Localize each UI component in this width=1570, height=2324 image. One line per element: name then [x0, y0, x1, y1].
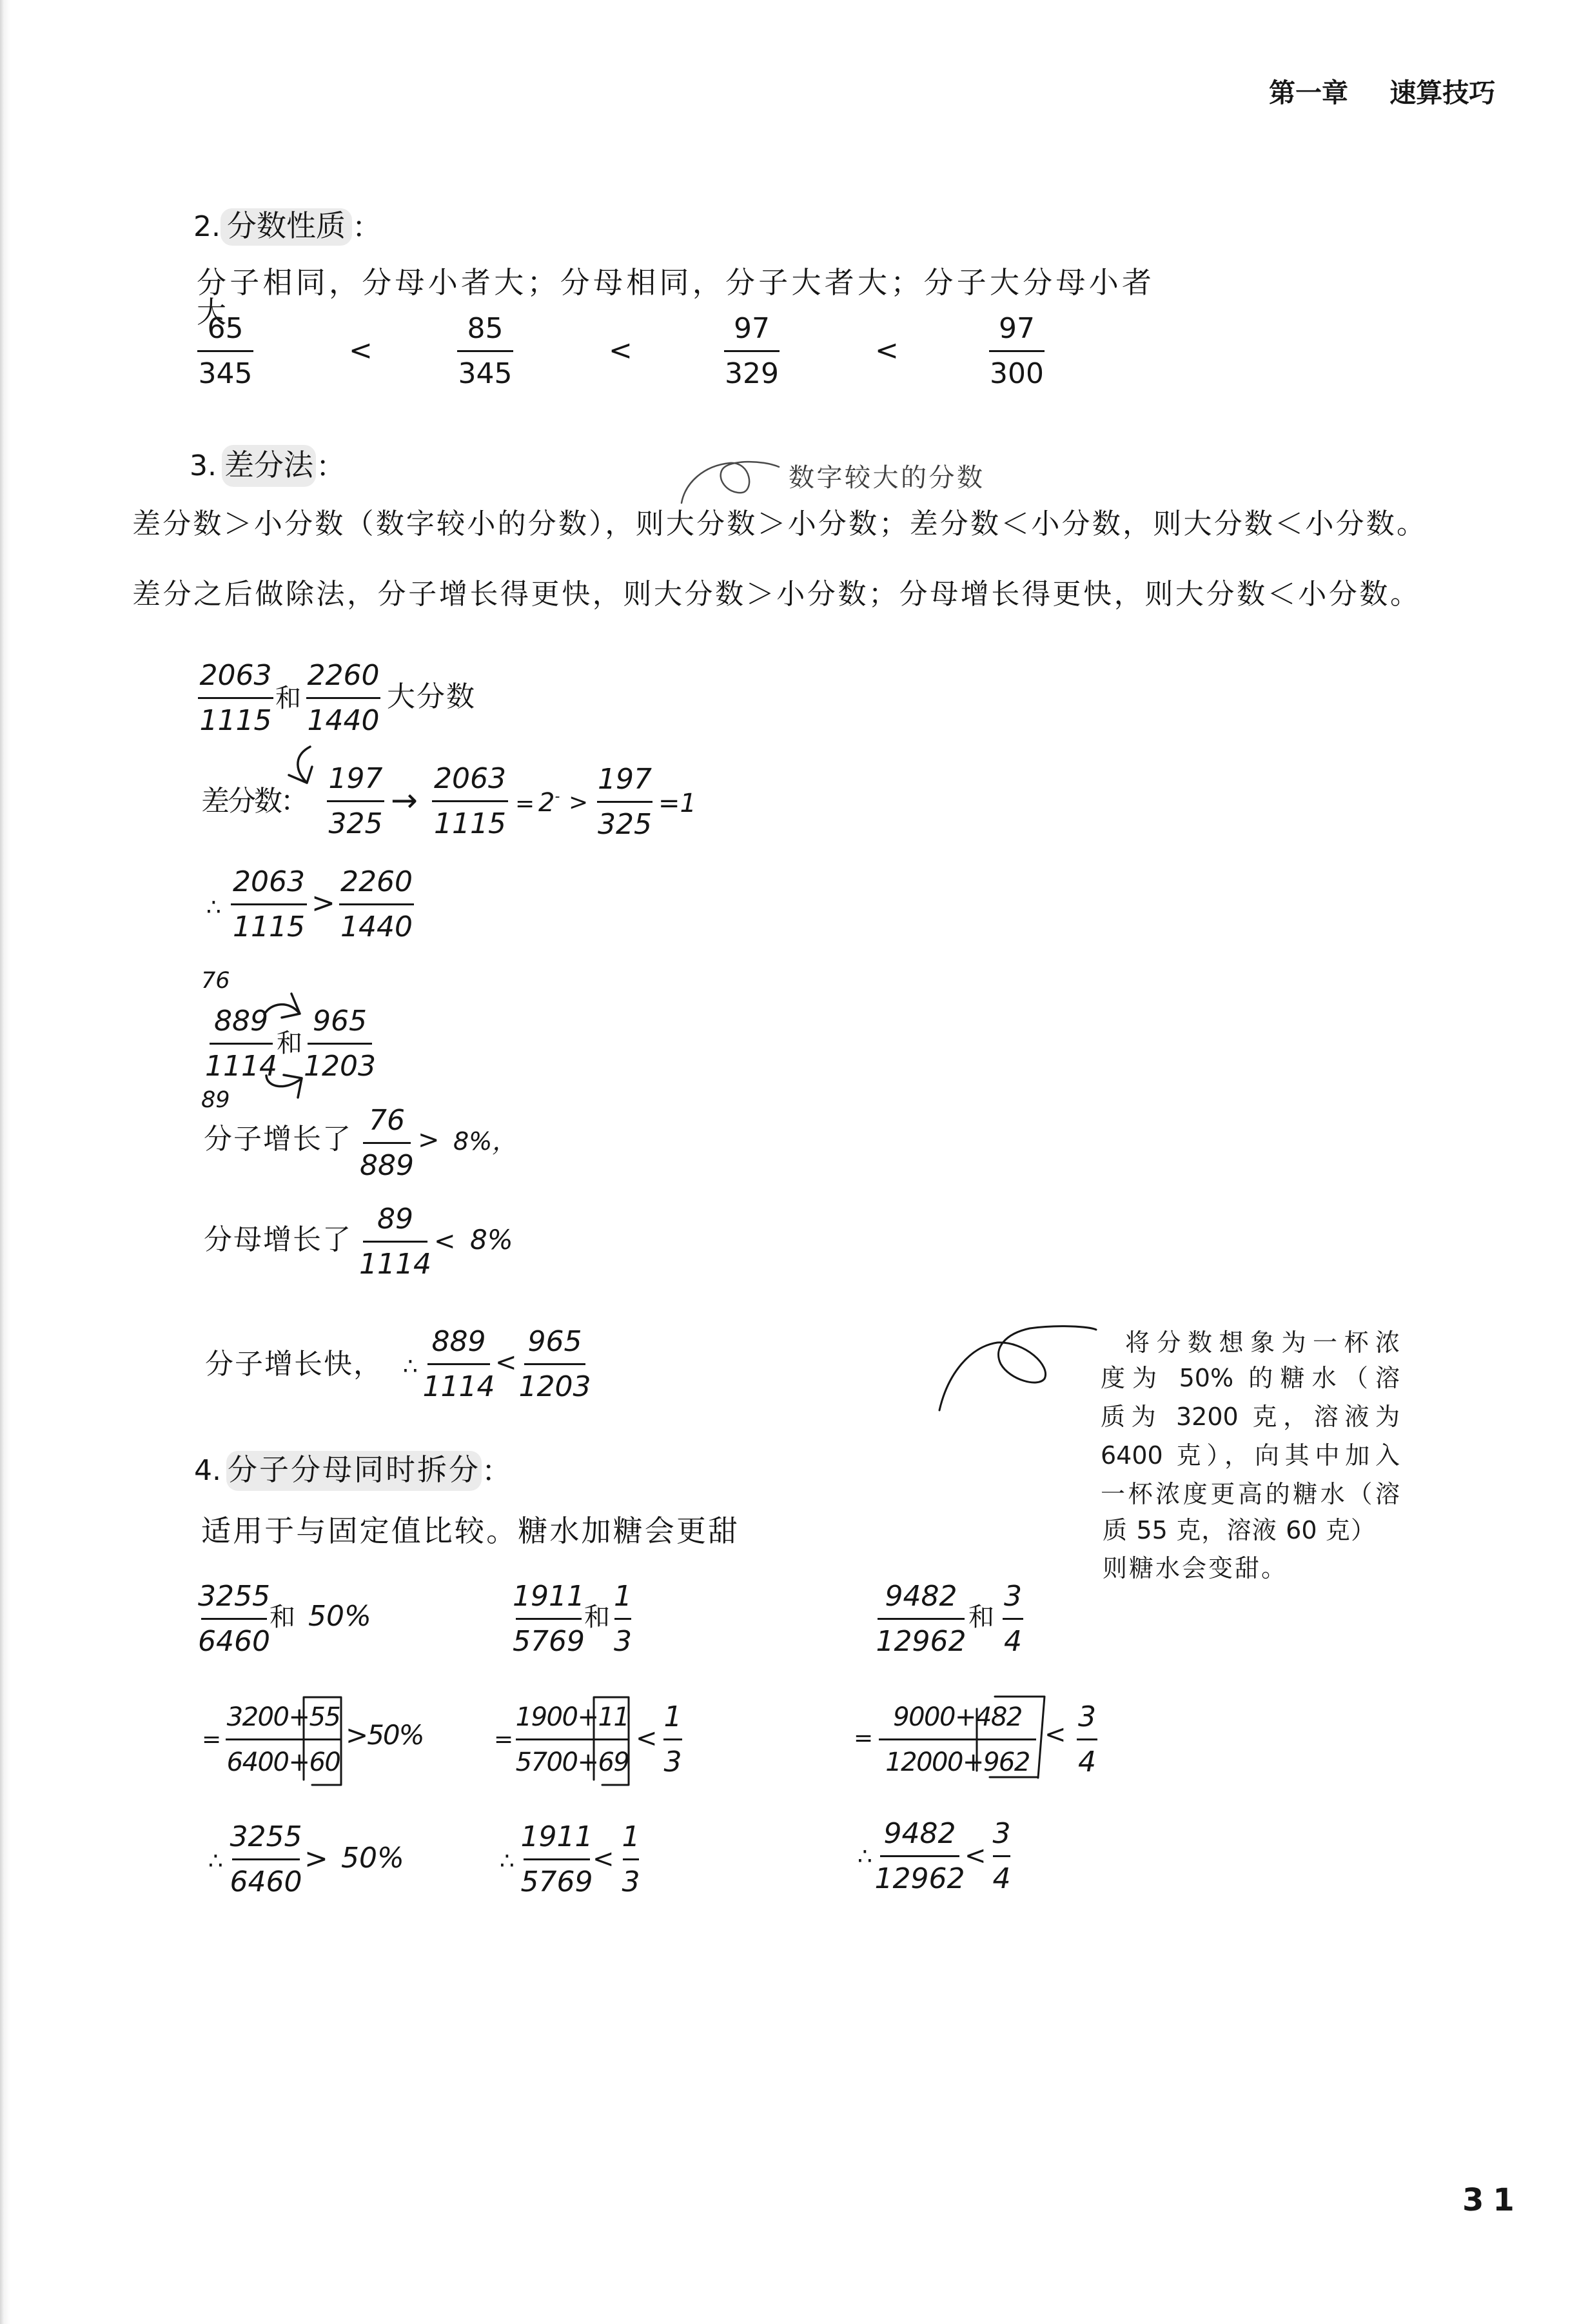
numerator: 9000+482 [893, 1703, 1022, 1731]
fraction: 3255 6460 [201, 1582, 267, 1656]
greater-than-sign: > [311, 889, 335, 918]
numerator: 3200+55 [227, 1703, 340, 1731]
equals-sign: = [494, 1728, 513, 1751]
section-4-heading: 4. 分子分母同时拆分 ： [194, 1451, 511, 1491]
chapter-label: 第一章 [1269, 77, 1348, 108]
less-than-sign: < [434, 1228, 456, 1254]
denominator: 5769 [521, 1868, 593, 1896]
denominator: 1115 [434, 810, 506, 838]
therefore-symbol: ∴ [500, 1850, 515, 1873]
denominator-growth-label: 分母增长了 [204, 1226, 352, 1254]
approx-value: 2- [538, 790, 560, 816]
denominator: 345 [458, 360, 513, 388]
denominator: 6400+60 [227, 1748, 340, 1777]
section-title-highlight: 差分法 [222, 445, 316, 487]
fraction: 65 345 [197, 315, 253, 388]
numerator: 97 [999, 315, 1035, 343]
numerator: 97 [734, 315, 770, 343]
fraction-bar [231, 903, 307, 905]
annotation-curl-icon [682, 462, 779, 503]
denominator: 4 [993, 1865, 1011, 1893]
numerator-added: 55 [309, 1702, 340, 1732]
denominator: 1114 [205, 1052, 277, 1081]
fraction: 9482 12962 [880, 1820, 959, 1893]
split-fraction: 9000+482 12000+962 [879, 1703, 1036, 1777]
less-than-sign: < [1045, 1722, 1066, 1748]
denominator: 6460 [230, 1868, 302, 1896]
less-than-sign: < [609, 337, 633, 365]
fraction: 85 345 [457, 315, 513, 388]
denominator: 345 [199, 360, 253, 388]
page-number: 31 [1462, 2185, 1524, 2216]
numerator: 3 [1004, 1582, 1022, 1611]
numerator: 3 [993, 1820, 1011, 1848]
denominator-added: 60 [309, 1748, 340, 1777]
right-arrow-icon: → [391, 784, 418, 816]
target-fraction: 3 4 [993, 1820, 1010, 1893]
growth-value: 8% [470, 1226, 513, 1254]
target-percent: 50% [341, 1844, 404, 1873]
target-fraction: 1 3 [663, 1703, 682, 1777]
target-fraction: 1 3 [623, 1823, 639, 1896]
denominator: 12000+962 [885, 1748, 1030, 1777]
denominator: 1440 [340, 913, 413, 941]
and-label: 和 [968, 1604, 994, 1630]
fraction-bar [232, 1858, 300, 1860]
fraction-bar [201, 1618, 267, 1620]
fraction-bar [339, 903, 414, 905]
fraction-bar [363, 1241, 427, 1243]
numerator-base: 3200+ [227, 1702, 309, 1732]
denominator: 3 [614, 1628, 632, 1656]
section-number: 2. [193, 213, 221, 241]
denominator-base: 12000+ [885, 1748, 983, 1777]
less-than-sign: < [965, 1843, 986, 1869]
section-2-heading: 2. 分数性质 ： [193, 207, 382, 247]
chapter-title: 速算技巧 [1389, 77, 1495, 108]
denominator: 12962 [875, 1865, 965, 1893]
fraction: 2260 1440 [306, 662, 380, 735]
numerator-added: 11 [598, 1702, 629, 1732]
fraction-bar [1003, 1618, 1023, 1620]
numerator: 89 [377, 1205, 413, 1234]
numerator: 3 [1078, 1703, 1096, 1731]
side-note-line: 将分数想象为一杯浓 [1125, 1330, 1400, 1355]
side-note-line: 质 55 克，溶液 60 克） [1103, 1518, 1375, 1542]
fraction: 9482 12962 [878, 1582, 965, 1656]
section-number: 3. [190, 452, 217, 480]
denominator: 1203 [304, 1052, 376, 1081]
and-label: 和 [275, 685, 301, 711]
numerator: 1 [664, 1703, 682, 1731]
equals-sign: = [515, 793, 535, 816]
denominator: 3 [622, 1868, 640, 1896]
numerator: 197 [329, 765, 383, 793]
relation-target: >50% [346, 1722, 424, 1749]
numerator: 9482 [885, 1582, 957, 1611]
numerator: 1900+11 [516, 1703, 629, 1731]
denominator: 3 [664, 1748, 682, 1777]
fraction-bar [363, 1142, 411, 1144]
section-colon: ： [352, 212, 382, 242]
fraction-bar [597, 801, 653, 803]
less-than-sign: < [875, 337, 899, 365]
fraction-bar [198, 697, 273, 699]
growth-value: 8%， [453, 1129, 516, 1154]
approx-minus-mark: - [554, 789, 560, 805]
numerator: 1911 [521, 1823, 593, 1851]
equals-sign: = [202, 1728, 221, 1751]
split-fraction: 3200+55 6400+60 [226, 1703, 341, 1777]
fraction-bar [197, 350, 253, 352]
numerator: 65 [208, 315, 244, 343]
denominator: 300 [990, 360, 1044, 388]
numerator: 76 [369, 1107, 405, 1135]
denominator: 889 [360, 1152, 414, 1180]
fraction-bar [724, 350, 780, 352]
section-3-heading: 3. 差分法 ： [190, 445, 346, 487]
denominator: 6460 [198, 1628, 270, 1656]
fraction-bar [880, 1855, 959, 1857]
fraction: 889 1114 [210, 1007, 273, 1081]
numerator: 2063 [200, 662, 272, 690]
less-than-sign: < [593, 1846, 614, 1872]
denominator-base: 5700+ [516, 1748, 598, 1777]
numerator: 2260 [308, 662, 380, 690]
section-colon: ： [482, 1456, 511, 1486]
denominator: 4 [1078, 1748, 1096, 1777]
fraction-bar [878, 1618, 965, 1620]
denominator: 1115 [233, 913, 305, 941]
numerator: 3255 [198, 1582, 270, 1611]
side-note-curl-icon [939, 1326, 1096, 1410]
section-title-highlight: 分数性质 [221, 208, 352, 246]
denominator: 329 [725, 360, 779, 388]
fraction: 197 325 [327, 765, 384, 838]
denominator: 1203 [519, 1373, 591, 1401]
fraction-bar [516, 1738, 629, 1740]
fraction-bar [614, 1618, 631, 1620]
textbook-page: 第一章 速算技巧 2. 分数性质 ： 分子相同，分母小者大；分母相同，分子大者大… [0, 0, 1570, 2324]
side-note-line: 质为 3200 克，溶液为 [1101, 1404, 1400, 1429]
numerator-growth-label: 分子增长了 [204, 1125, 352, 1154]
fraction-bar [989, 350, 1045, 352]
fraction-bar [457, 350, 513, 352]
target-fraction: 3 4 [1003, 1582, 1023, 1656]
denominator: 5769 [513, 1628, 585, 1656]
denominator: 1114 [359, 1250, 431, 1279]
fraction-bar [427, 1363, 490, 1365]
numerator: 2260 [340, 868, 413, 896]
denominator: 1440 [308, 707, 380, 735]
fraction-bar [226, 1738, 341, 1740]
denominator-increase: 89 [201, 1089, 230, 1112]
section-4-description: 适用于与固定值比较。糖水加糖会更甜 [201, 1516, 738, 1546]
numerator: 85 [467, 315, 504, 343]
numerator: 3255 [230, 1823, 302, 1851]
and-label: 和 [270, 1604, 295, 1630]
equals-one: =1 [658, 791, 696, 816]
numerator: 9482 [884, 1820, 956, 1848]
numerator: 965 [528, 1328, 582, 1356]
fraction-bar [308, 1043, 372, 1045]
numerator-added: 482 [976, 1702, 1022, 1732]
therefore-symbol: ∴ [403, 1355, 418, 1379]
fraction: 89 1114 [363, 1205, 427, 1279]
denominator: 1115 [200, 707, 272, 735]
and-label: 和 [277, 1030, 302, 1056]
side-note-line: 度为 50% 的糖水（溶 [1101, 1366, 1400, 1390]
fraction: 889 1114 [427, 1328, 490, 1401]
fraction-bar [432, 800, 508, 802]
fraction: 1911 5769 [524, 1823, 590, 1896]
denominator: 4 [1004, 1628, 1022, 1656]
approx-number: 2 [538, 788, 554, 818]
fraction: 965 1203 [524, 1328, 585, 1401]
numerator: 889 [432, 1328, 486, 1356]
numerator: 2063 [233, 868, 305, 896]
greater-than-sign: > [304, 1845, 328, 1873]
therefore-symbol: ∴ [858, 1846, 872, 1869]
fraction: 1911 5769 [516, 1582, 582, 1656]
side-note-line: 一杯浓度更高的糖水（溶 [1101, 1482, 1400, 1506]
fraction: 197 325 [597, 765, 653, 839]
fraction-bar [993, 1855, 1010, 1857]
numerator: 889 [214, 1007, 268, 1036]
denominator: 12962 [876, 1628, 967, 1656]
fraction-bar [879, 1738, 1036, 1740]
running-header: 第一章 速算技巧 [1269, 79, 1495, 106]
denominator-added: 962 [983, 1748, 1030, 1777]
section-3-rule-1: 差分数＞小分数（数字较小的分数），则大分数＞小分数；差分数＜小分数，则大分数＜小… [132, 510, 1425, 538]
target-fraction: 3 4 [1077, 1703, 1097, 1777]
conclusion-label: 分子增长快， [205, 1350, 383, 1379]
fraction-bar [1077, 1738, 1097, 1740]
and-label: 和 [584, 1604, 610, 1630]
denominator-base: 6400+ [227, 1748, 309, 1777]
fraction: 76 889 [363, 1107, 411, 1180]
therefore-symbol: ∴ [208, 1850, 223, 1873]
fraction: 97 300 [989, 315, 1045, 388]
less-than-sign: < [495, 1350, 517, 1375]
fraction: 2063 1115 [432, 765, 508, 838]
denominator: 325 [598, 811, 652, 839]
fraction-bar [516, 1618, 582, 1620]
equals-sign: = [854, 1727, 873, 1750]
split-fraction: 1900+11 5700+69 [516, 1703, 629, 1777]
target-percent: 50% [308, 1602, 371, 1631]
fraction: 2063 1115 [231, 868, 307, 941]
section-number: 4. [194, 1457, 221, 1485]
section-title-highlight: 分子分母同时拆分 [226, 1451, 482, 1491]
fraction: 3255 6460 [232, 1823, 300, 1896]
question-label: 大分数 [387, 683, 476, 711]
fraction-bar [306, 697, 380, 699]
diff-label: 差分数： [201, 787, 307, 816]
target-fraction: 1 3 [614, 1582, 631, 1656]
greater-than-sign: > [418, 1127, 440, 1153]
denominator: 5700+69 [516, 1748, 629, 1777]
numerator: 1911 [513, 1582, 585, 1611]
fraction-bar [524, 1363, 585, 1365]
page-edge-shadow [0, 0, 10, 2324]
numerator: 965 [313, 1007, 367, 1036]
less-than-sign: < [349, 337, 373, 365]
section-3-rule-2: 差分之后做除法，分子增长得更快，则大分数＞小分数；分母增长得更快，则大分数＜小分… [132, 580, 1418, 609]
numerator: 1 [622, 1823, 640, 1851]
less-than-sign: < [636, 1726, 658, 1751]
numerator: 197 [598, 765, 652, 794]
side-note-line: 6400 克），向其中加入 [1101, 1443, 1400, 1468]
numerator-increase: 76 [201, 970, 230, 992]
fraction: 2260 1440 [339, 868, 414, 941]
fraction-bar [663, 1738, 682, 1740]
numerator: 2063 [434, 765, 506, 793]
therefore-symbol: ∴ [206, 896, 221, 920]
numerator-base: 9000+ [893, 1702, 976, 1732]
fraction-bar [524, 1858, 590, 1860]
numerator-base: 1900+ [516, 1702, 598, 1732]
fraction: 2063 1115 [198, 662, 273, 735]
fraction: 965 1203 [308, 1007, 372, 1081]
fraction-bar [327, 800, 384, 802]
side-note-line: 则糖水会变甜。 [1103, 1556, 1288, 1581]
fraction-bar [210, 1043, 273, 1045]
handwritten-annotation: 数字较大的分数 [789, 465, 985, 491]
denominator: 325 [329, 810, 383, 838]
fraction: 97 329 [724, 315, 780, 388]
section-colon: ： [316, 451, 346, 481]
greater-than-sign: > [569, 791, 588, 814]
denominator: 1114 [423, 1373, 495, 1401]
fraction-bar [623, 1858, 639, 1860]
curved-down-arrow-icon [289, 747, 312, 783]
numerator: 1 [614, 1582, 632, 1611]
denominator-added: 69 [598, 1748, 629, 1777]
